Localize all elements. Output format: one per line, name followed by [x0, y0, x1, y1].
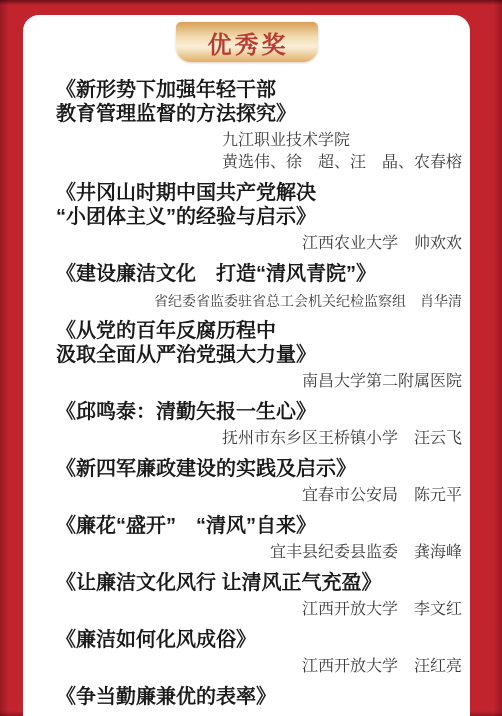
entry-byline: 南昌大学第二附属医院 [56, 371, 462, 393]
entry-title: 《争当勤廉兼优的表率》 [56, 685, 462, 709]
entry-byline-text: 九江职业技术学院黄选伟、徐 超、汪 晶、农春榕 [222, 130, 462, 174]
entry: 《新形势下加强年轻干部教育管理监督的方法探究》 九江职业技术学院黄选伟、徐 超、… [56, 78, 462, 174]
entry-byline: 省纪委省监委驻省总工会机关纪检监察组 肖华清 [56, 290, 462, 312]
entry: 《井冈山时期中国共产党解决“小团体主义”的经验与启示》 江西农业大学 帅欢欢 [56, 181, 462, 255]
entry-title: 《井冈山时期中国共产党解决“小团体主义”的经验与启示》 [56, 181, 462, 229]
entry: 《建设廉洁文化 打造“清风青院”》 省纪委省监委驻省总工会机关纪检监察组 肖华清 [56, 262, 462, 312]
entry-title: 《让廉洁文化风行 让清风正气充盈》 [56, 571, 462, 595]
entry: 《廉花“盛开” “清风”自来》 宜丰县纪委县监委 龚海峰 [56, 514, 462, 564]
entry: 《从党的百年反腐历程中汲取全面从严治党强大力量》 南昌大学第二附属医院 [56, 319, 462, 393]
entry-byline-text: 江西开放大学 汪红亮 [302, 656, 462, 678]
entry: 《邱鸣泰：清勤矢报一生心》 抚州市东乡区王桥镇小学 汪云飞 [56, 400, 462, 450]
entry-title: 《建设廉洁文化 打造“清风青院”》 [56, 262, 462, 286]
entry-byline-text: 抚州市东乡区王桥镇小学 汪云飞 [222, 428, 462, 450]
entry-title: 《廉花“盛开” “清风”自来》 [56, 514, 462, 538]
entry-title: 《廉洁如何化风成俗》 [56, 628, 462, 652]
entry: 《让廉洁文化风行 让清风正气充盈》 江西开放大学 李文红 [56, 571, 462, 621]
entry-byline: 江西开放大学 李文红 [56, 599, 462, 621]
entry-byline: 九江职业技术学院黄选伟、徐 超、汪 晶、农春榕 [56, 130, 462, 174]
entry-byline: 宜丰县纪委县监委 龚海峰 [56, 542, 462, 564]
entry-byline: 宜春市公安局 陈元平 [56, 485, 462, 507]
entry-title: 《邱鸣泰：清勤矢报一生心》 [56, 400, 462, 424]
entry-byline-text: 宜丰县纪委县监委 龚海峰 [270, 542, 462, 564]
page-background: 优秀奖 《新形势下加强年轻干部教育管理监督的方法探究》 九江职业技术学院黄选伟、… [0, 0, 502, 716]
entry-byline: 江西农业大学 帅欢欢 [56, 233, 462, 255]
entry-byline-text: 南昌大学第二附属医院 [302, 371, 462, 393]
entry-byline: 抚州市东乡区王桥镇小学 汪云飞 [56, 428, 462, 450]
entries-list: 《新形势下加强年轻干部教育管理监督的方法探究》 九江职业技术学院黄选伟、徐 超、… [23, 15, 470, 709]
entry-byline: 江西开放大学 汪红亮 [56, 656, 462, 678]
entry-title: 《新形势下加强年轻干部教育管理监督的方法探究》 [56, 78, 462, 126]
entry-byline-text: 江西开放大学 李文红 [302, 599, 462, 621]
entry: 《廉洁如何化风成俗》 江西开放大学 汪红亮 [56, 628, 462, 678]
entry: 《新四军廉政建设的实践及启示》 宜春市公安局 陈元平 [56, 457, 462, 507]
entry-title: 《从党的百年反腐历程中汲取全面从严治党强大力量》 [56, 319, 462, 367]
award-banner: 优秀奖 [176, 22, 318, 62]
entry-byline-text: 宜春市公安局 陈元平 [302, 485, 462, 507]
entry-byline-text: 江西农业大学 帅欢欢 [302, 233, 462, 255]
entry-title: 《新四军廉政建设的实践及启示》 [56, 457, 462, 481]
content-card: 优秀奖 《新形势下加强年轻干部教育管理监督的方法探究》 九江职业技术学院黄选伟、… [23, 15, 470, 716]
entry-byline-text: 省纪委省监委驻省总工会机关纪检监察组 肖华清 [154, 290, 462, 312]
entry: 《争当勤廉兼优的表率》 [56, 685, 462, 709]
award-banner-label: 优秀奖 [205, 25, 289, 60]
